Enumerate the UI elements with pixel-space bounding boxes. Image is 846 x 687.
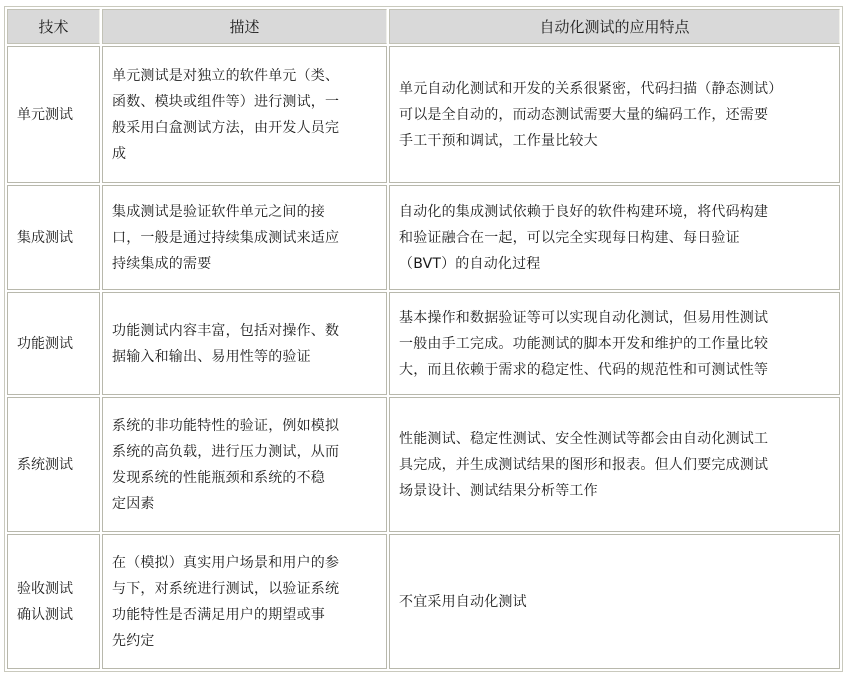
description-line: 系统的高负载，进行压力测试，从而 bbox=[112, 439, 377, 465]
technique-cell: 验收测试 确认测试 bbox=[7, 534, 100, 669]
description-line: 据输入和输出、易用性等的验证 bbox=[112, 344, 377, 370]
description-line: 发现系统的性能瓶颈和系统的不稳 bbox=[112, 465, 377, 491]
description-cell: 单元测试是对独立的软件单元（类、 函数、模块或组件等）进行测试，一 般采用白盒测… bbox=[102, 46, 387, 183]
table-row: 验收测试 确认测试 在（模拟）真实用户场景和用户的参 与下，对系统进行测试，以验… bbox=[7, 534, 840, 669]
description-line: 功能测试内容丰富，包括对操作、数 bbox=[112, 318, 377, 344]
technique-text: 系统测试 bbox=[17, 452, 90, 478]
automation-features-cell: 单元自动化测试和开发的关系很紧密，代码扫描（静态测试） 可以是全自动的，而动态测… bbox=[389, 46, 840, 183]
description-cell: 功能测试内容丰富，包括对操作、数 据输入和输出、易用性等的验证 bbox=[102, 292, 387, 395]
table-row: 功能测试 功能测试内容丰富，包括对操作、数 据输入和输出、易用性等的验证 基本操… bbox=[7, 292, 840, 395]
header-technique: 技术 bbox=[7, 9, 100, 44]
technique-text: 功能测试 bbox=[17, 331, 90, 357]
description-line: 口，一般是通过持续集成测试来适应 bbox=[112, 225, 377, 251]
description-line: 与下，对系统进行测试，以验证系统 bbox=[112, 576, 377, 602]
description-cell: 系统的非功能特性的验证，例如模拟 系统的高负载，进行压力测试，从而 发现系统的性… bbox=[102, 397, 387, 532]
description-line: 功能特性是否满足用户的期望或事 bbox=[112, 602, 377, 628]
feature-line: 自动化的集成测试依赖于良好的软件构建环境，将代码构建 bbox=[399, 199, 830, 225]
automation-features-cell: 不宜采用自动化测试 bbox=[389, 534, 840, 669]
feature-line: 可以是全自动的，而动态测试需要大量的编码工作，还需要 bbox=[399, 102, 830, 128]
feature-line: 大，而且依赖于需求的稳定性、代码的规范性和可测试性等 bbox=[399, 357, 830, 383]
description-line: 先约定 bbox=[112, 628, 377, 654]
description-line: 成 bbox=[112, 141, 377, 167]
feature-line: （BVT）的自动化过程 bbox=[399, 251, 830, 277]
description-line: 系统的非功能特性的验证，例如模拟 bbox=[112, 413, 377, 439]
feature-line: 基本操作和数据验证等可以实现自动化测试，但易用性测试 bbox=[399, 305, 830, 331]
technique-text: 确认测试 bbox=[17, 602, 90, 628]
table-row: 系统测试 系统的非功能特性的验证，例如模拟 系统的高负载，进行压力测试，从而 发… bbox=[7, 397, 840, 532]
table-row: 集成测试 集成测试是验证软件单元之间的接 口，一般是通过持续集成测试来适应 持续… bbox=[7, 185, 840, 290]
feature-line: 一般由手工完成。功能测试的脚本开发和维护的工作量比较 bbox=[399, 331, 830, 357]
description-line: 持续集成的需要 bbox=[112, 251, 377, 277]
header-automation-features: 自动化测试的应用特点 bbox=[389, 9, 840, 44]
feature-line: 性能测试、稳定性测试、安全性测试等都会由自动化测试工 bbox=[399, 426, 830, 452]
feature-line: 不宜采用自动化测试 bbox=[399, 589, 830, 615]
description-line: 集成测试是验证软件单元之间的接 bbox=[112, 199, 377, 225]
feature-line: 场景设计、测试结果分析等工作 bbox=[399, 478, 830, 504]
testing-techniques-table: 技术 描述 自动化测试的应用特点 单元测试 单元测试是对独立的软件单元（类、 函… bbox=[4, 6, 843, 672]
description-line: 函数、模块或组件等）进行测试，一 bbox=[112, 89, 377, 115]
technique-cell: 单元测试 bbox=[7, 46, 100, 183]
feature-line: 具完成，并生成测试结果的图形和报表。但人们要完成测试 bbox=[399, 452, 830, 478]
feature-line: 和验证融合在一起，可以完全实现每日构建、每日验证 bbox=[399, 225, 830, 251]
technique-cell: 功能测试 bbox=[7, 292, 100, 395]
description-line: 定因素 bbox=[112, 491, 377, 517]
automation-features-cell: 性能测试、稳定性测试、安全性测试等都会由自动化测试工 具完成，并生成测试结果的图… bbox=[389, 397, 840, 532]
technique-text: 集成测试 bbox=[17, 225, 90, 251]
automation-features-cell: 基本操作和数据验证等可以实现自动化测试，但易用性测试 一般由手工完成。功能测试的… bbox=[389, 292, 840, 395]
header-row: 技术 描述 自动化测试的应用特点 bbox=[7, 9, 840, 44]
description-line: 单元测试是对独立的软件单元（类、 bbox=[112, 63, 377, 89]
table-row: 单元测试 单元测试是对独立的软件单元（类、 函数、模块或组件等）进行测试，一 般… bbox=[7, 46, 840, 183]
automation-features-cell: 自动化的集成测试依赖于良好的软件构建环境，将代码构建 和验证融合在一起，可以完全… bbox=[389, 185, 840, 290]
description-line: 般采用白盒测试方法，由开发人员完 bbox=[112, 115, 377, 141]
description-cell: 集成测试是验证软件单元之间的接 口，一般是通过持续集成测试来适应 持续集成的需要 bbox=[102, 185, 387, 290]
technique-text: 验收测试 bbox=[17, 576, 90, 602]
technique-cell: 集成测试 bbox=[7, 185, 100, 290]
description-cell: 在（模拟）真实用户场景和用户的参 与下，对系统进行测试，以验证系统 功能特性是否… bbox=[102, 534, 387, 669]
technique-text: 单元测试 bbox=[17, 102, 90, 128]
technique-cell: 系统测试 bbox=[7, 397, 100, 532]
feature-line: 手工干预和调试，工作量比较大 bbox=[399, 128, 830, 154]
header-description: 描述 bbox=[102, 9, 387, 44]
feature-line: 单元自动化测试和开发的关系很紧密，代码扫描（静态测试） bbox=[399, 76, 830, 102]
description-line: 在（模拟）真实用户场景和用户的参 bbox=[112, 550, 377, 576]
